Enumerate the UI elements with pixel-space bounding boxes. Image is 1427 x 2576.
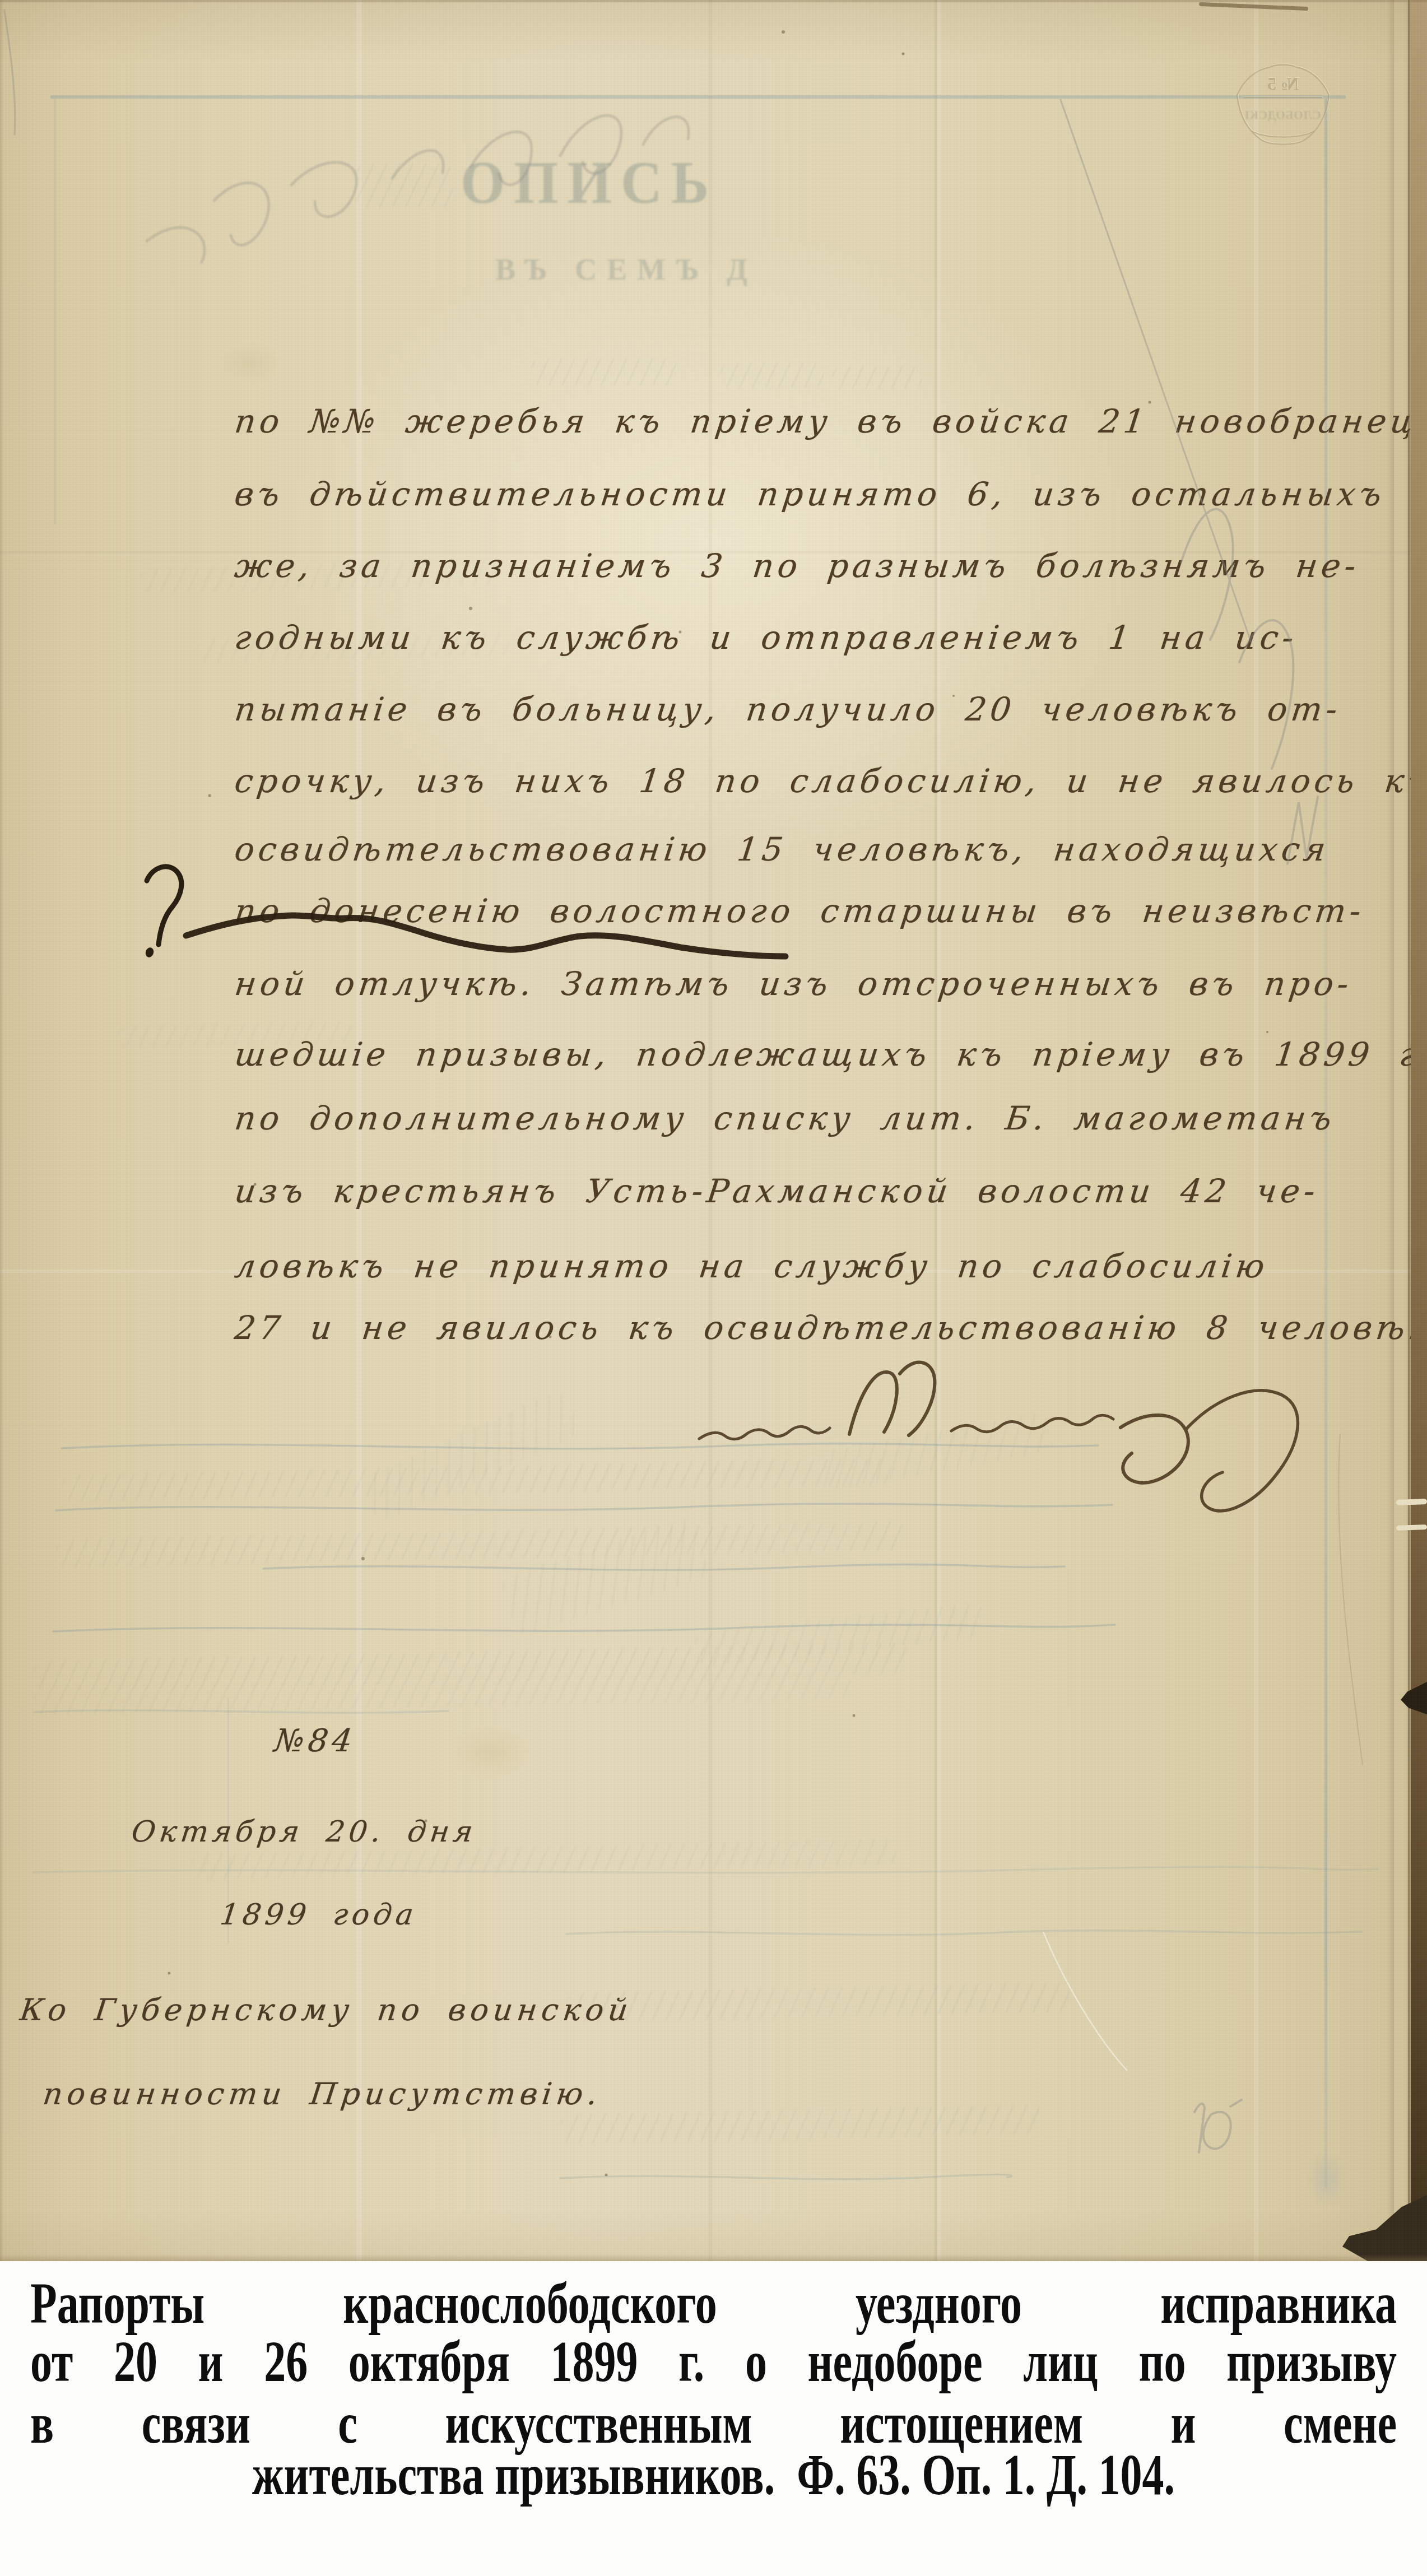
paper-crease [0, 1270, 1427, 1273]
handwriting-line: же, за признаніемъ 3 по разнымъ болѣзням… [233, 547, 1400, 585]
ghost-print-fragment [721, 363, 824, 388]
paper-crease [1254, 0, 1258, 2261]
handwriting-line: изъ крестьянъ Усть-Рахманской волости 42… [233, 1172, 1400, 1210]
page-edge [0, 2254, 1427, 2261]
handwriting-line: въ дѣйствительности принято 6, изъ остал… [233, 475, 1400, 513]
ghost-print-fragment [531, 359, 678, 385]
ghost-handwriting-row [140, 561, 499, 593]
paper-crease [937, 0, 941, 2261]
paper-crease [935, 0, 937, 2261]
report-date-year: 1899 года [218, 1898, 419, 1932]
ghost-print-subtitle: ВЪ СЕМЪ Д [495, 252, 757, 287]
ghost-frame-line [54, 99, 56, 524]
report-date-day: Октября 20. дня [129, 1815, 478, 1849]
handwriting-line: по дополнительному списку лит. Б. магоме… [233, 1099, 1400, 1137]
paper-crease [709, 0, 712, 2261]
ghost-frame-line [227, 1698, 229, 1943]
stamp-number: № 5 [1267, 73, 1299, 94]
adjacent-page-sliver [1199, 2, 1308, 11]
corner-tear [1342, 2195, 1427, 2261]
archival-scan: ОПИСЬ ВЪ СЕМЪ Д № 5 СЛОБОДСКІ [0, 0, 1427, 2576]
ghost-handwriting-row [500, 1517, 710, 1638]
handwriting-line: шедшіе призывы, подлежащихъ къ пріему въ… [233, 1035, 1400, 1073]
addressee-line: повинности Присутствію. [41, 2076, 603, 2112]
handwriting-line-underlined: по донесенію волостного старшины въ неиз… [233, 892, 1400, 930]
stamp-crest-bottom [1237, 95, 1329, 145]
ink-underline [186, 915, 785, 956]
paper-crease [356, 0, 362, 2261]
pencil-ghost-inscription [147, 115, 689, 262]
document-page: ОПИСЬ ВЪ СЕМЪ Д № 5 СЛОБОДСКІ [0, 0, 1427, 2261]
ghost-frame-line [50, 95, 1346, 99]
handwriting-line: срочку, изъ нихъ 18 по слабосилію, и не … [233, 762, 1400, 800]
signature [699, 1363, 1298, 1511]
ghost-ruled-lines [34, 1444, 1378, 2179]
stamp-arc-text: СЛОБОДСКІ [1245, 108, 1321, 122]
addressee-line: Ко Губернскому по воинской [18, 1992, 634, 2028]
edge-tear [1396, 1499, 1427, 1505]
edge-tear [1396, 1524, 1427, 1531]
handwriting-line: 27 и не явилось къ освидѣтельствованію 8… [233, 1309, 1400, 1347]
ghost-handwriting-row [34, 1672, 852, 1715]
ghost-print-fragment [833, 366, 922, 389]
caption-line: Рапорты краснослободского уездного испра… [0, 2272, 1427, 2335]
binding-edge [1411, 0, 1427, 2261]
ink-smudge [1307, 2152, 1347, 2206]
ghost-handwriting-row [62, 1458, 891, 1503]
ghost-handwriting-row [56, 1522, 908, 1568]
edge-tear-dark [1401, 1682, 1427, 1714]
ink-overlay [0, 0, 1427, 2261]
ghost-handwriting-row [694, 1603, 987, 1667]
ghost-handwriting-row [566, 1983, 1071, 2022]
handwriting-line: освидѣтельствованію 15 человѣкъ, находящ… [233, 830, 1400, 868]
wrinkle [1338, 1434, 1363, 1765]
pencil-page-number [1194, 2100, 1242, 2152]
ghost-handwriting-row [34, 1643, 908, 1691]
ghost-handwriting-row [118, 1021, 354, 1048]
paper-stain [448, 1726, 532, 1779]
page-edge [0, 0, 3, 2261]
caption-line: от 20 и 26 октября 1899 г. о недоборе ли… [0, 2331, 1427, 2393]
scratch [1043, 1932, 1127, 2071]
handwriting-line: по №№ жеребья къ пріему въ войска 21 нов… [233, 402, 1400, 440]
pencil-marks [4, 10, 1318, 864]
ghost-handwriting-row [816, 1412, 1055, 1491]
ghost-frame-line [1324, 99, 1327, 2188]
ghost-handwriting-row [560, 2105, 1043, 2144]
page-edge [0, 0, 1427, 2]
caption-band: Рапорты краснослободского уездного испра… [0, 2261, 1427, 2576]
paper-crease [1387, 0, 1394, 2261]
ghost-handwriting-row [359, 1388, 583, 1523]
ghost-handwriting-row [190, 1839, 897, 1880]
paper-stain [220, 343, 282, 383]
paper-crease [0, 551, 1427, 554]
embossed-stamp: № 5 СЛОБОДСКІ [1227, 61, 1339, 161]
ghost-print-title: ОПИСЬ [461, 148, 718, 217]
handwriting-line: пытаніе въ больницу, получило 20 человѣк… [233, 690, 1400, 728]
page-edge-line [1408, 0, 1410, 2261]
question-mark-annotation [145, 867, 182, 959]
handwriting-line: ловѣкъ не принято на службу по слабосилі… [233, 1247, 1400, 1285]
report-number: №84 [272, 1723, 358, 1759]
caption-line-archive-reference: жительства призывников. Ф. 63. Оп. 1. Д.… [0, 2444, 1427, 2507]
ghost-print-fragment [356, 164, 453, 207]
stamp-crest-top [1237, 65, 1329, 96]
paper-specks [168, 30, 1269, 2177]
ghost-handwriting-row [196, 633, 510, 662]
handwriting-line: годными къ службѣ и отправленіемъ 1 на и… [233, 619, 1400, 657]
handwriting-line: ной отлучкѣ. Затѣмъ изъ отсроченныхъ въ … [233, 965, 1400, 1003]
